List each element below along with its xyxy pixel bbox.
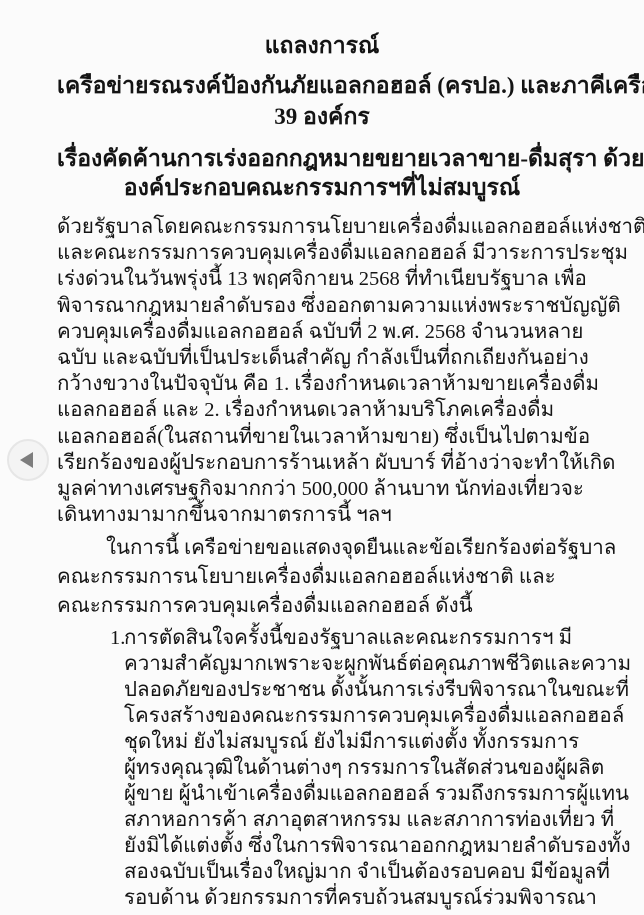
organization-name: เครือข่ายรณรงค์ป้องกันภัยแอลกอฮอล์ (ครปอ… bbox=[57, 70, 587, 132]
statement-title: แถลงการณ์ bbox=[57, 32, 587, 60]
text-line: ฉบับ และฉบับที่เป็นประเด็นสำคัญ กำลังเป็… bbox=[57, 345, 587, 371]
paragraph-1: ด้วยรัฐบาลโดยคณะกรรมการนโยบายเครื่องดื่ม… bbox=[57, 214, 587, 528]
list-item-number: 1. bbox=[110, 625, 125, 651]
statement-document: แถลงการณ์ เครือข่ายรณรงค์ป้องกันภัยแอลกอ… bbox=[57, 32, 587, 911]
text-line: สองฉบับเป็นเรื่องใหญ่มาก จำเป็นต้องรอบคอ… bbox=[124, 859, 587, 885]
text-line: แอลกอฮอล์(ในสถานที่ขายในเวลาห้ามขาย) ซึ่… bbox=[57, 424, 587, 450]
text-line: ด้วยรัฐบาลโดยคณะกรรมการนโยบายเครื่องดื่ม… bbox=[57, 214, 587, 240]
text-line: เดินทางมามากขึ้นจากมาตรการนี้ ฯลฯ bbox=[57, 502, 587, 528]
text-line: ผู้ขาย ผู้นำเข้าเครื่องดื่มแอลกอฮอล์ รวม… bbox=[124, 781, 587, 807]
text-line: ในการนี้ เครือข่ายขอแสดงจุดยืนและข้อเรีย… bbox=[57, 534, 587, 563]
text-line: รอบด้าน ด้วยกรรมการที่ครบถ้วนสมบูรณ์ร่วม… bbox=[124, 885, 587, 911]
list-item-text: การตัดสินใจครั้งนี้ของรัฐบาลและคณะกรรมกา… bbox=[124, 625, 587, 911]
text-line: โครงสร้างของคณะกรรมการควบคุมเครื่องดื่มแ… bbox=[124, 703, 587, 729]
text-line: และคณะกรรมการควบคุมเครื่องดื่มแอลกอฮอล์ … bbox=[57, 240, 587, 266]
statement-subject: เรื่องคัดค้านการเร่งออกกฎหมายขยายเวลาขาย… bbox=[57, 144, 587, 202]
text-line: สภาหอการค้า สภาอุตสาหกรรม และสภาการท่องเ… bbox=[124, 807, 587, 833]
text-line: ชุดใหม่ ยังไม่สมบูรณ์ ยังไม่มีการแต่งตั้… bbox=[124, 729, 587, 755]
list-item-1: 1. การตัดสินใจครั้งนี้ของรัฐบาลและคณะกรร… bbox=[110, 625, 587, 911]
text-line: ควบคุมเครื่องดื่มแอลกอฮอล์ ฉบับที่ 2 พ.ศ… bbox=[57, 319, 587, 345]
text-line: แอลกอฮอล์ และ 2. เรื่องกำหนดเวลาห้ามบริโ… bbox=[57, 397, 587, 423]
text-line: การตัดสินใจครั้งนี้ของรัฐบาลและคณะกรรมกา… bbox=[124, 625, 587, 651]
text-line: ปลอดภัยของประชาชน ดั้งนั้นการเร่งรีบพิจา… bbox=[124, 677, 587, 703]
text-line: คณะกรรมการนโยบายเครื่องดื่มแอลกอฮอล์แห่ง… bbox=[57, 563, 587, 592]
text-line: เรื่องคัดค้านการเร่งออกกฎหมายขยายเวลาขาย… bbox=[57, 144, 587, 173]
paragraph-2: ในการนี้ เครือข่ายขอแสดงจุดยืนและข้อเรีย… bbox=[57, 534, 587, 621]
chevron-left-icon bbox=[20, 452, 33, 468]
text-line: องค์ประกอบคณะกรรมการฯที่ไม่สมบูรณ์ bbox=[57, 173, 587, 202]
document-page: แถลงการณ์ เครือข่ายรณรงค์ป้องกันภัยแอลกอ… bbox=[0, 0, 644, 915]
text-line: เครือข่ายรณรงค์ป้องกันภัยแอลกอฮอล์ (ครปอ… bbox=[57, 70, 587, 101]
text-line: พิจารณากฎหมายลำดับรอง ซึ่งออกตามความแห่ง… bbox=[57, 293, 587, 319]
text-line: 39 องค์กร bbox=[57, 101, 587, 132]
text-line: เร่งด่วนในวันพรุ่งนี้ 13 พฤศจิกายน 2568 … bbox=[57, 266, 587, 292]
text-line: ยังมิได้แต่งตั้ง ซึ่งในการพิจารณาออกกฎหม… bbox=[124, 833, 587, 859]
previous-image-button[interactable] bbox=[7, 439, 49, 481]
text-line: ผู้ทรงคุณวุฒิในด้านต่างๆ กรรมการในสัดส่ว… bbox=[124, 755, 587, 781]
text-line: คณะกรรมการควบคุมเครื่องดื่มแอลกอฮอล์ ดัง… bbox=[57, 592, 587, 621]
text-line: เรียกร้องของผู้ประกอบการร้านเหล้า ผับบาร… bbox=[57, 450, 587, 476]
text-line: กว้างขวางในปัจจุบัน คือ 1. เรื่องกำหนดเว… bbox=[57, 371, 587, 397]
text-line: มูลค่าทางเศรษฐกิจมากกว่า 500,000 ล้านบาท… bbox=[57, 476, 587, 502]
text-line: ความสำคัญมากเพราะจะผูกพันธ์ต่อคุณภาพชีวิ… bbox=[124, 651, 587, 677]
